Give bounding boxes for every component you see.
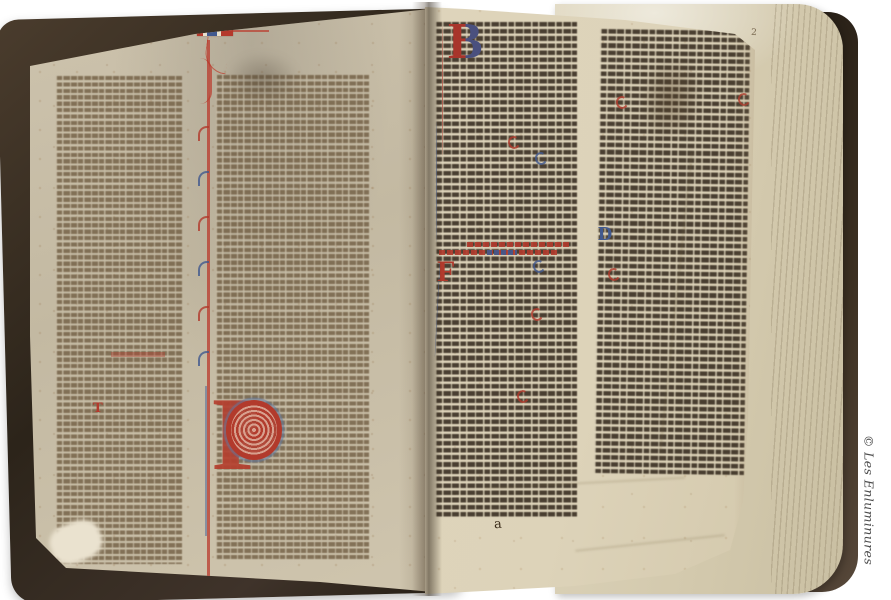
penwork-hook — [198, 261, 209, 276]
column2-initial-d: D — [598, 224, 612, 244]
faded-rubric-trace — [111, 352, 165, 357]
headpiece-hairline — [233, 30, 269, 32]
photo-credit: © Les Enluminures — [862, 435, 877, 565]
small-red-initial: T — [93, 401, 103, 416]
manuscript-photo: 2 P T B — [0, 0, 891, 600]
edge-folio-number: 2 — [751, 28, 757, 38]
puzzle-initial-b: B — [448, 19, 483, 66]
penwork-hook — [198, 171, 209, 186]
penwork-flourish-red — [442, 26, 443, 156]
left-text-column-1 — [56, 76, 182, 564]
penwork-loop — [198, 58, 212, 104]
parchment-crease — [575, 534, 724, 551]
gutter-shadow — [412, 2, 442, 596]
right-text-column-1 — [435, 22, 577, 519]
rubric-line-blue — [487, 250, 517, 255]
right-page: B F D a — [425, 2, 762, 595]
penwork-hook — [198, 216, 209, 231]
initial-p-bowl-ornament — [226, 400, 282, 460]
rubric-line — [467, 242, 569, 247]
left-page: P T — [30, 6, 433, 592]
penwork-hook — [198, 126, 209, 141]
penwork-hook — [198, 351, 209, 366]
penwork-divider-blue — [205, 386, 207, 536]
quire-signature: a — [493, 517, 502, 533]
soot-stain — [225, 52, 300, 104]
penwork-hook — [198, 306, 209, 321]
capitulum-mark — [737, 92, 752, 108]
